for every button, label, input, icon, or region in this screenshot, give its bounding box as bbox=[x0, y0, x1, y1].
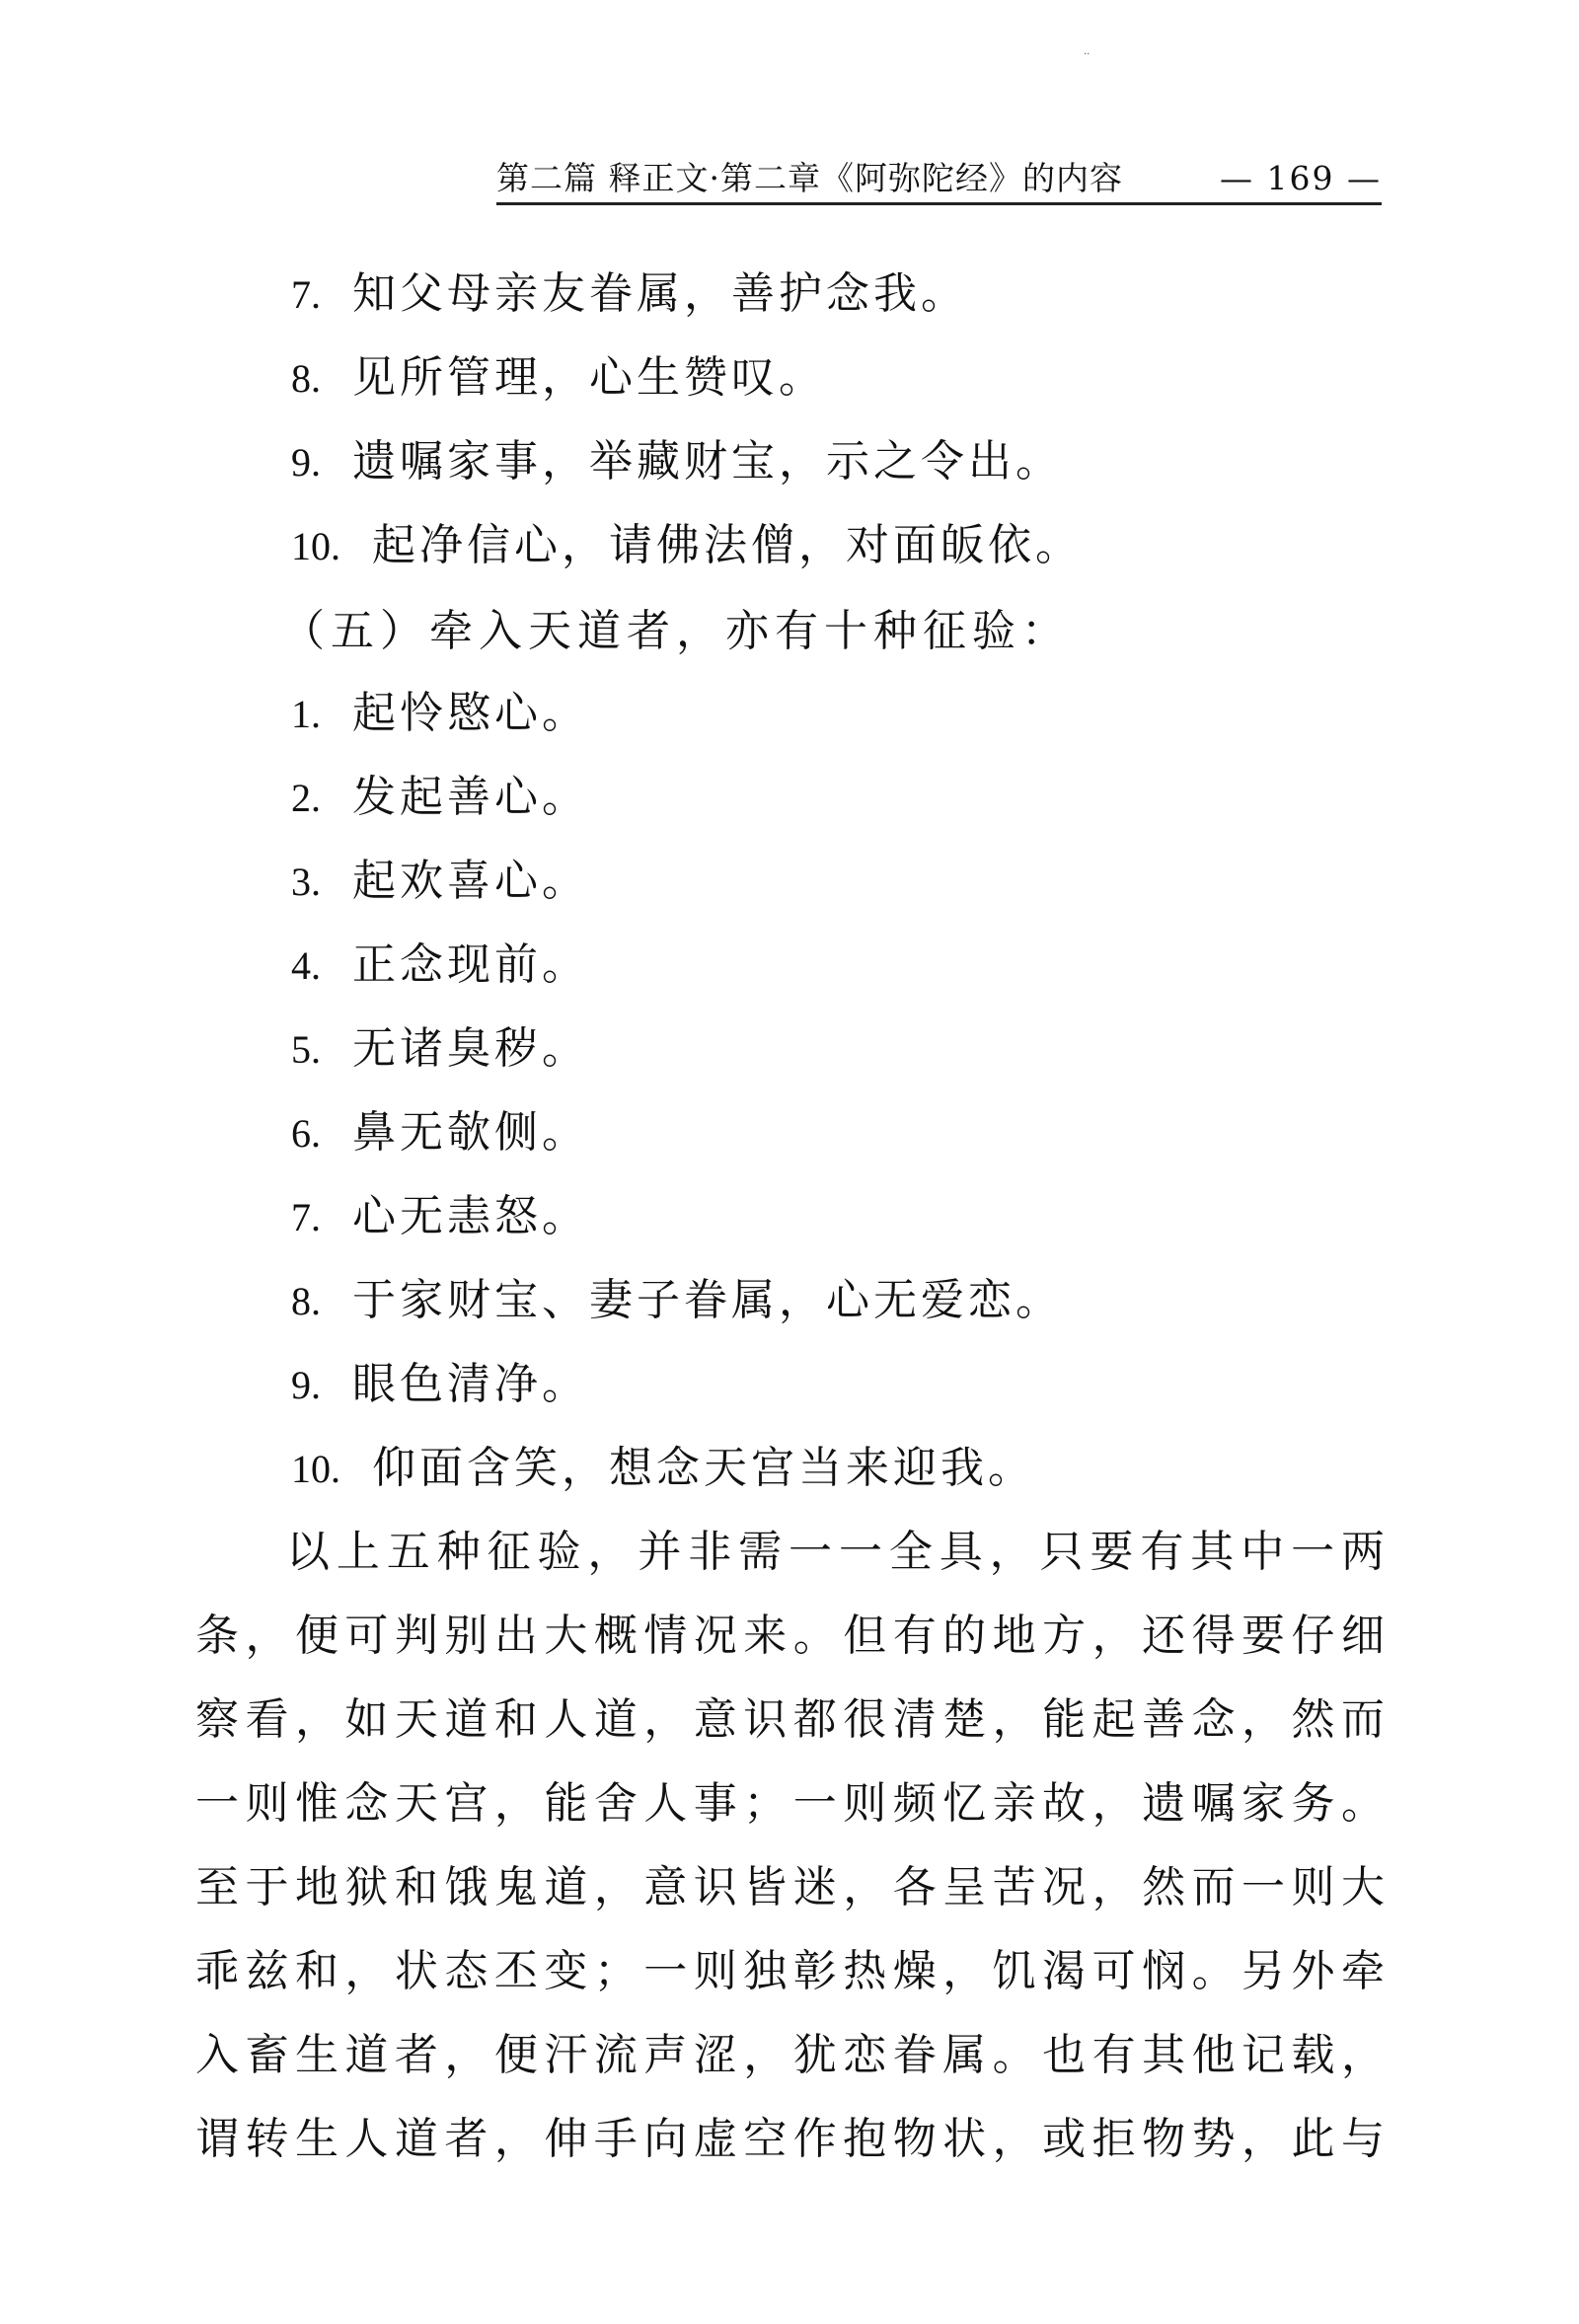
item-text: 见所管理，心生赞叹。 bbox=[352, 352, 826, 403]
list-item: 4.正念现前。 bbox=[291, 936, 589, 996]
item-text: 鼻无欹侧。 bbox=[352, 1107, 589, 1158]
list-item: 2.发起善心。 bbox=[291, 768, 589, 828]
item-number: 8. bbox=[291, 349, 352, 409]
item-text: 遗嘱家事，举藏财宝，示之令出。 bbox=[352, 436, 1063, 487]
item-number: 9. bbox=[291, 1356, 352, 1415]
scan-speck: ·· bbox=[1084, 49, 1088, 52]
item-text: 发起善心。 bbox=[352, 772, 589, 822]
paragraph-line: 条，便可判别出大概情况来。但有的地方，还得要仔细 bbox=[195, 1607, 1385, 1666]
paragraph-line: 以上五种征验，并非需一一全具，只要有其中一两 bbox=[286, 1523, 1385, 1582]
item-number: 10. bbox=[291, 1440, 372, 1499]
item-number: 8. bbox=[291, 1272, 352, 1331]
paragraph-line: 谓转生人道者，伸手向虚空作抱物状，或拒物势，此与 bbox=[195, 2110, 1385, 2169]
running-header: 第二篇 释正文·第二章《阿弥陀经》的内容 — 169 — bbox=[496, 158, 1382, 205]
item-number: 7. bbox=[291, 265, 352, 325]
list-item: 1.起怜愍心。 bbox=[291, 684, 589, 744]
list-item: 10.起净信心，请佛法僧，对面皈依。 bbox=[291, 516, 1083, 576]
list-item: 6.鼻无欹侧。 bbox=[291, 1103, 589, 1163]
item-text: 无诸臭秽。 bbox=[352, 1023, 589, 1074]
item-text: 知父母亲友眷属，善护念我。 bbox=[352, 268, 968, 319]
list-item: 8.见所管理，心生赞叹。 bbox=[291, 348, 826, 409]
item-number: 1. bbox=[291, 685, 352, 744]
paragraph-line: 乖兹和，状态丕变；一则独彰热燥，饥渴可悯。另外牵 bbox=[195, 1942, 1385, 2001]
list-item: 8.于家财宝、妻子眷属，心无爱恋。 bbox=[291, 1271, 1063, 1331]
paragraph-line: 一则惟念天宫，能舍人事；一则频忆亲故，遗嘱家务。 bbox=[195, 1774, 1385, 1834]
item-number: 10. bbox=[291, 517, 372, 576]
item-number: 9. bbox=[291, 433, 352, 492]
list-item: 3.起欢喜心。 bbox=[291, 852, 589, 912]
item-number: 6. bbox=[291, 1104, 352, 1163]
list-item: 5.无诸臭秽。 bbox=[291, 1019, 589, 1080]
paragraph-line: 察看，如天道和人道，意识都很清楚，能起善念，然而 bbox=[195, 1690, 1385, 1750]
item-number: 7. bbox=[291, 1188, 352, 1247]
item-text: 于家财宝、妻子眷属，心无爱恋。 bbox=[352, 1275, 1063, 1325]
item-text: 心无恚怒。 bbox=[352, 1191, 589, 1241]
paragraph-line: 入畜生道者，便汗流声涩，犹恋眷属。也有其他记载， bbox=[195, 2026, 1385, 2085]
item-text: 正念现前。 bbox=[352, 939, 589, 990]
item-number: 2. bbox=[291, 769, 352, 828]
item-number: 4. bbox=[291, 937, 352, 996]
item-number: 3. bbox=[291, 853, 352, 912]
list-item: 10.仰面含笑，想念天宫当来迎我。 bbox=[291, 1439, 1035, 1499]
list-item: 7.知父母亲友眷属，善护念我。 bbox=[291, 264, 968, 325]
list-item: 9.遗嘱家事，举藏财宝，示之令出。 bbox=[291, 432, 1063, 492]
item-text: 起净信心，请佛法僧，对面皈依。 bbox=[372, 520, 1083, 570]
list-item: 7.心无恚怒。 bbox=[291, 1187, 589, 1247]
item-text: 起怜愍心。 bbox=[352, 688, 589, 738]
chapter-title: 第二篇 释正文·第二章《阿弥陀经》的内容 bbox=[496, 159, 1123, 198]
item-text: 起欢喜心。 bbox=[352, 856, 589, 906]
list-item: 9.眼色清净。 bbox=[291, 1355, 589, 1415]
item-text: 仰面含笑，想念天宫当来迎我。 bbox=[372, 1443, 1035, 1493]
page-number: — 169 — bbox=[1220, 159, 1382, 198]
paragraph-line: 至于地狱和饿鬼道，意识皆迷，各呈苦况，然而一则大 bbox=[195, 1858, 1385, 1917]
item-text: 眼色清净。 bbox=[352, 1359, 589, 1409]
item-number: 5. bbox=[291, 1020, 352, 1080]
section-heading: （五）牵入天道者，亦有十种征验： bbox=[281, 602, 1071, 661]
